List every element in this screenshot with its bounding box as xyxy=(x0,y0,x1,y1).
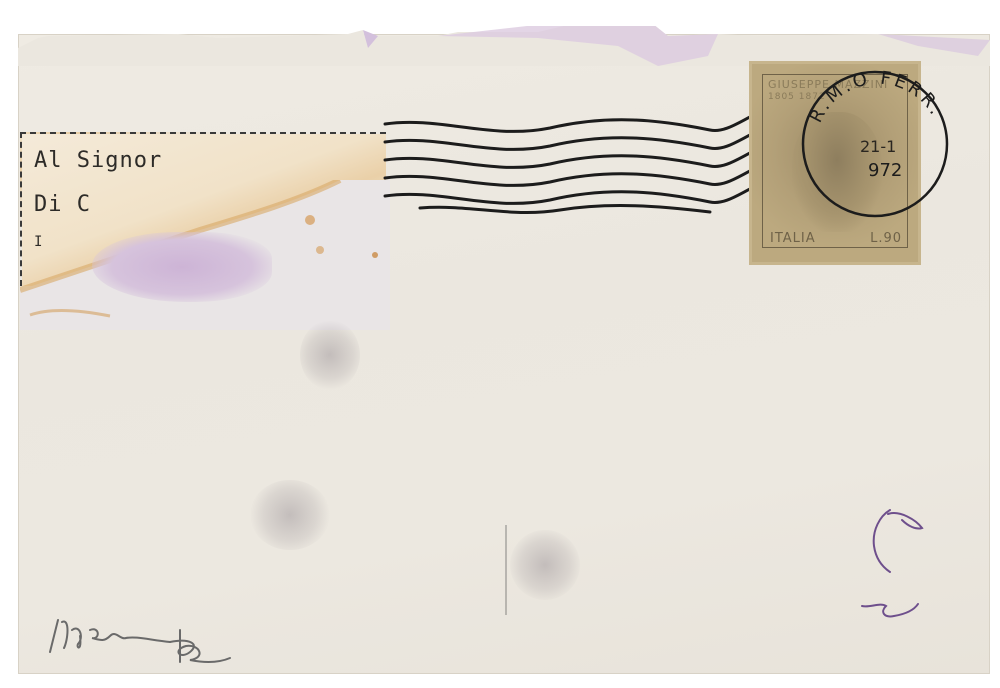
crease-line xyxy=(505,525,507,615)
postmark: R.M.O FERR. 21-1 972 xyxy=(800,64,970,234)
address-line-1: Al Signor xyxy=(34,148,162,173)
purple-ink-mark xyxy=(850,490,950,630)
wavy-cancellation-lines xyxy=(380,100,770,220)
fingerprint-smudge xyxy=(250,480,330,550)
postmark-date: 21-1 xyxy=(860,137,896,156)
postmark-year: 972 xyxy=(868,160,902,181)
fingerprint-smudge xyxy=(510,530,580,600)
postmark-ring-text: R.M.O FERR. xyxy=(805,68,947,126)
pencil-handwriting xyxy=(40,600,240,670)
torn-top-edge xyxy=(18,26,990,66)
fingerprint-smudge xyxy=(300,320,360,390)
svg-text:R.M.O FERR.: R.M.O FERR. xyxy=(805,68,947,126)
